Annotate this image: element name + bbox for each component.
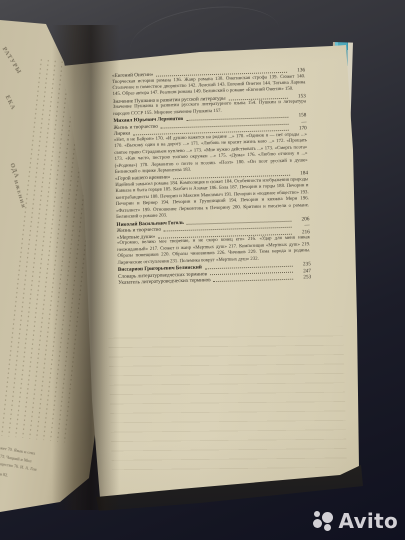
toc-paragraph: «Нет, я не Байрон» 170. «И душно кажется… [114,132,308,176]
left-page-fragment: РАТУРЫ [1,46,22,75]
left-page-bottom-fragment: в 82. [0,471,9,477]
toc-dot-leader [214,279,294,282]
toc-paragraph: Идейный замысел романа 184. Композиция и… [115,177,309,221]
avito-watermark-label: Avito [339,510,398,532]
left-page-fragment: ОДА [8,163,19,180]
avito-dots-icon [313,510,334,532]
avito-watermark: Avito [313,510,398,532]
book-photo: РАТУРЫ ЕКА ОДА ИЖЕНИЯ жет 70. Язык и сти… [0,0,405,540]
toc-page-number: 136 [290,67,305,74]
toc-page-number: 253 [296,274,311,281]
table-of-contents: «Евгений Онегин»136Творческая история ро… [112,67,311,286]
left-page-bottom-fragment: щество 76. И. А. Гон [0,461,37,472]
left-page-fragment: ЕКА [4,95,16,112]
spine-gutter-shadow [52,25,127,510]
